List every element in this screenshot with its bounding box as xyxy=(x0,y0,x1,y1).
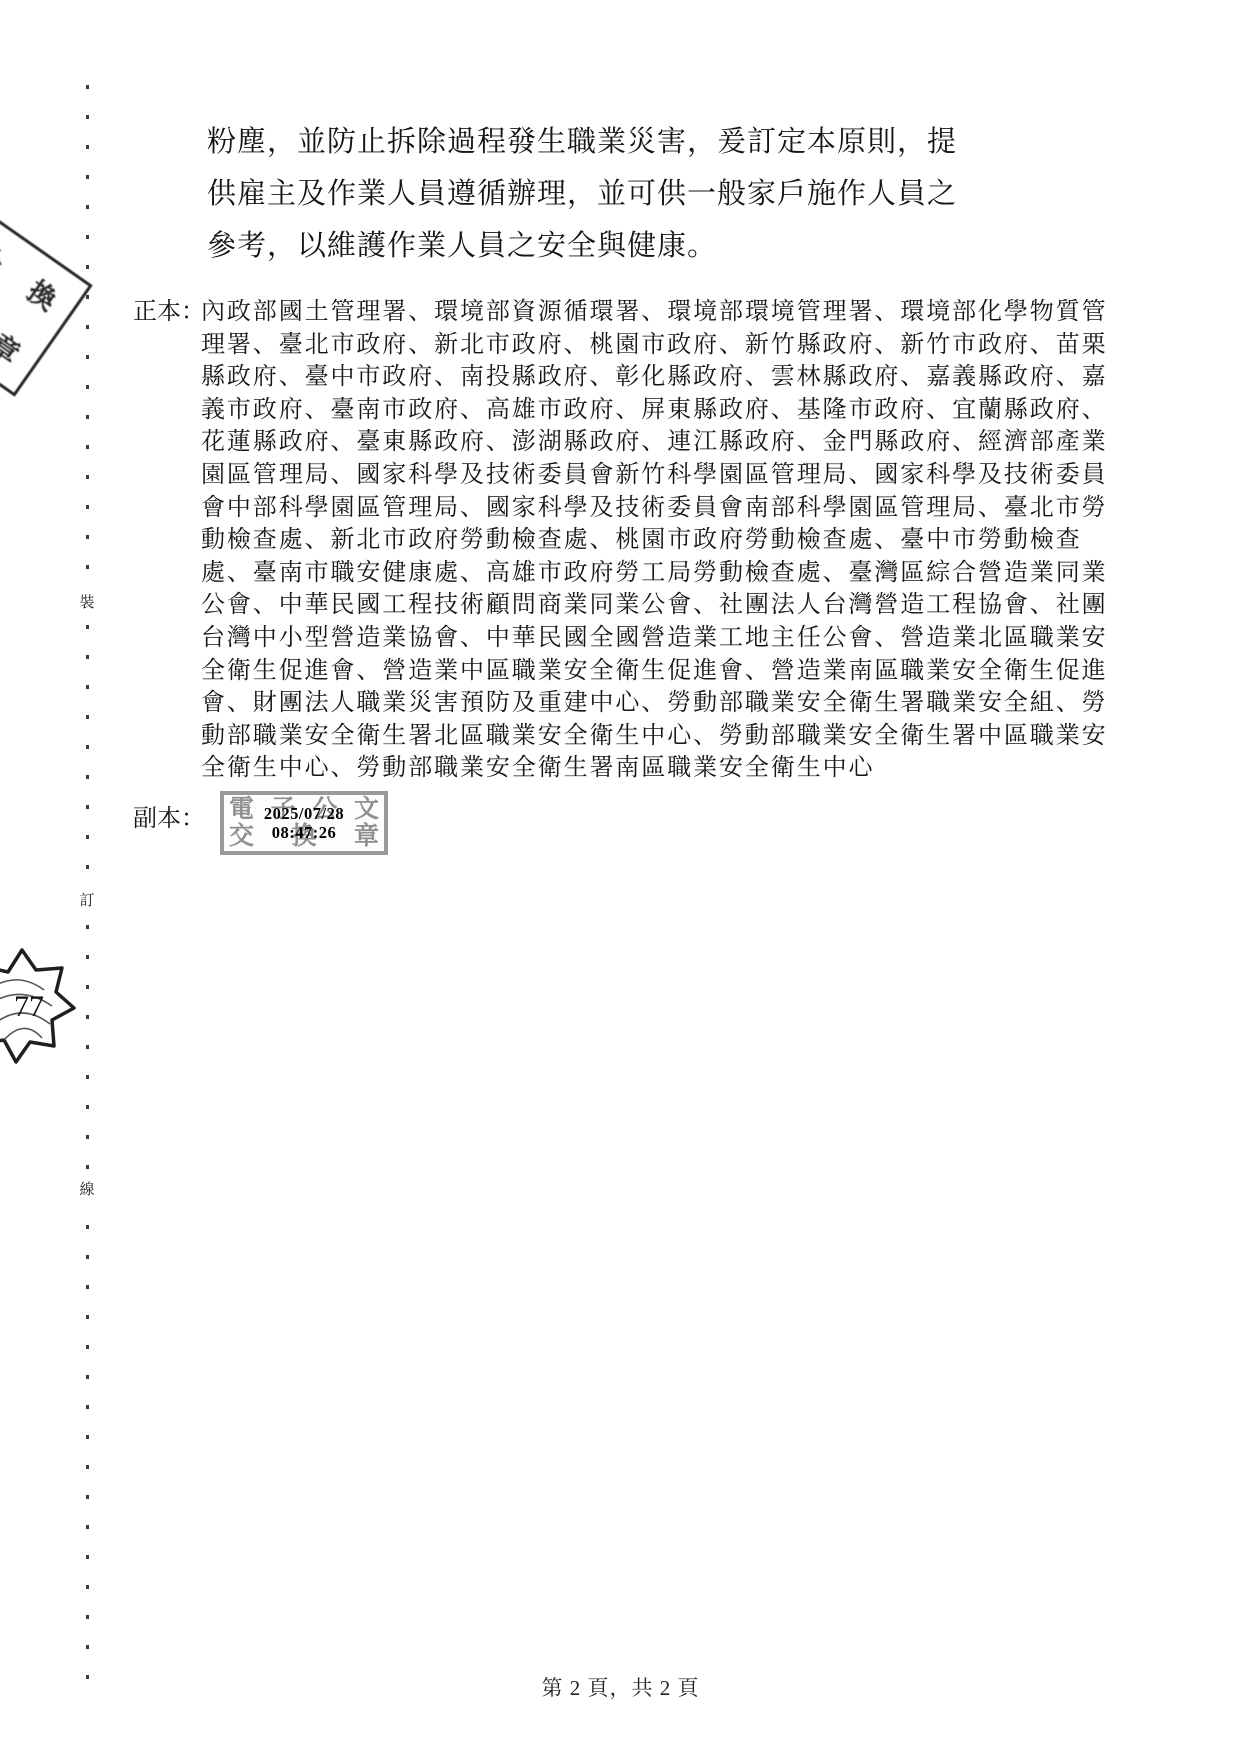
corner-stamp-char: 章 xyxy=(0,323,29,372)
recipient-line: 義市政府、臺南市政府、高雄市政府、屏東縣政府、基隆市政府、宜蘭縣政府、 xyxy=(201,394,1108,427)
recipients-section: 正本： 內政部國土管理署、環境部資源循環署、環境部環境管理署、環境部化學物質管 … xyxy=(133,296,1108,785)
main-paragraph: 粉塵，並防止拆除過程發生職業災害，爰訂定本原則，提 供雇主及作業人員遵循辦理，並… xyxy=(207,116,997,272)
cc-label: 副本： xyxy=(133,803,205,836)
stamp-time: 08:47:26 xyxy=(272,823,337,842)
recipient-line: 動部職業安全衛生署北區職業安全衛生中心、勞動部職業安全衛生署中區職業安 xyxy=(201,720,1108,753)
recipient-line: 會、財團法人職業災害預防及重建中心、勞動部職業安全衛生署職業安全組、勞 xyxy=(201,687,1108,720)
recipient-line: 台灣中小型營造業協會、中華民國全國營造業工地主任公會、營造業北區職業安 xyxy=(201,622,1108,655)
page-number: 第 2 頁，共 2 頁 xyxy=(0,1672,1241,1702)
binding-mark-ding: 訂 xyxy=(76,891,98,911)
corner-stamp-char: 公 xyxy=(0,232,13,281)
corner-stamp-char: 換 xyxy=(20,270,66,319)
recipient-line: 公會、中華民國工程技術顧問商業同業公會、社團法人台灣營造工程協會、社團 xyxy=(201,589,1108,622)
corner-exchange-stamp: 公 換 交 章 xyxy=(0,207,93,396)
recipient-line: 會中部科學園區管理局、國家科學及技術委員會南部科學園區管理局、臺北市勞 xyxy=(201,492,1108,525)
binding-mark-xian: 線 xyxy=(76,1180,98,1200)
recipient-line: 園區管理局、國家科學及技術委員會新竹科學園區管理局、國家科學及技術委員 xyxy=(201,459,1108,492)
recipient-line: 動檢查處、新北市政府勞動檢查處、桃園市政府勞動檢查處、臺中市勞動檢查 xyxy=(201,524,1108,557)
paragraph-line: 參考，以維護作業人員之安全與健康。 xyxy=(207,220,997,272)
recipients-list: 內政部國土管理署、環境部資源循環署、環境部環境管理署、環境部化學物質管 理署、臺… xyxy=(201,296,1108,785)
document-page: 裝 訂 線 公 換 交 章 77 粉塵，並防止拆除過程發生職業災害，爰訂定本原則… xyxy=(0,0,1241,1754)
recipients-label: 正本： xyxy=(133,296,201,329)
electronic-exchange-stamp: 電子公文 交換章 2025/07/28 08:47:26 xyxy=(220,791,388,855)
crumpled-star-stamp: 77 xyxy=(0,946,76,1066)
star-stamp-number: 77 xyxy=(14,990,44,1023)
stamp-date: 2025/07/28 xyxy=(264,804,344,823)
stamp-datetime: 2025/07/28 08:47:26 xyxy=(224,795,384,851)
recipient-line: 全衛生促進會、營造業中區職業安全衛生促進會、營造業南區職業安全衛生促進 xyxy=(201,655,1108,688)
recipient-line: 縣政府、臺中市政府、南投縣政府、彰化縣政府、雲林縣政府、嘉義縣政府、嘉 xyxy=(201,361,1108,394)
binding-mark-zhuang: 裝 xyxy=(76,593,98,613)
recipient-line: 內政部國土管理署、環境部資源循環署、環境部環境管理署、環境部化學物質管 xyxy=(201,296,1108,329)
recipient-line: 全衛生中心、勞動部職業安全衛生署南區職業安全衛生中心 xyxy=(201,752,1108,785)
recipient-line: 花蓮縣政府、臺東縣政府、澎湖縣政府、連江縣政府、金門縣政府、經濟部產業 xyxy=(201,426,1108,459)
paragraph-line: 粉塵，並防止拆除過程發生職業災害，爰訂定本原則，提 xyxy=(207,116,997,168)
recipient-line: 處、臺南市職安健康處、高雄市政府勞工局勞動檢查處、臺灣區綜合營造業同業 xyxy=(201,557,1108,590)
paragraph-line: 供雇主及作業人員遵循辦理，並可供一般家戶施作人員之 xyxy=(207,168,997,220)
binding-dotted-line xyxy=(86,85,89,1690)
recipient-line: 理署、臺北市政府、新北市政府、桃園市政府、新竹縣政府、新竹市政府、苗栗 xyxy=(201,329,1108,362)
